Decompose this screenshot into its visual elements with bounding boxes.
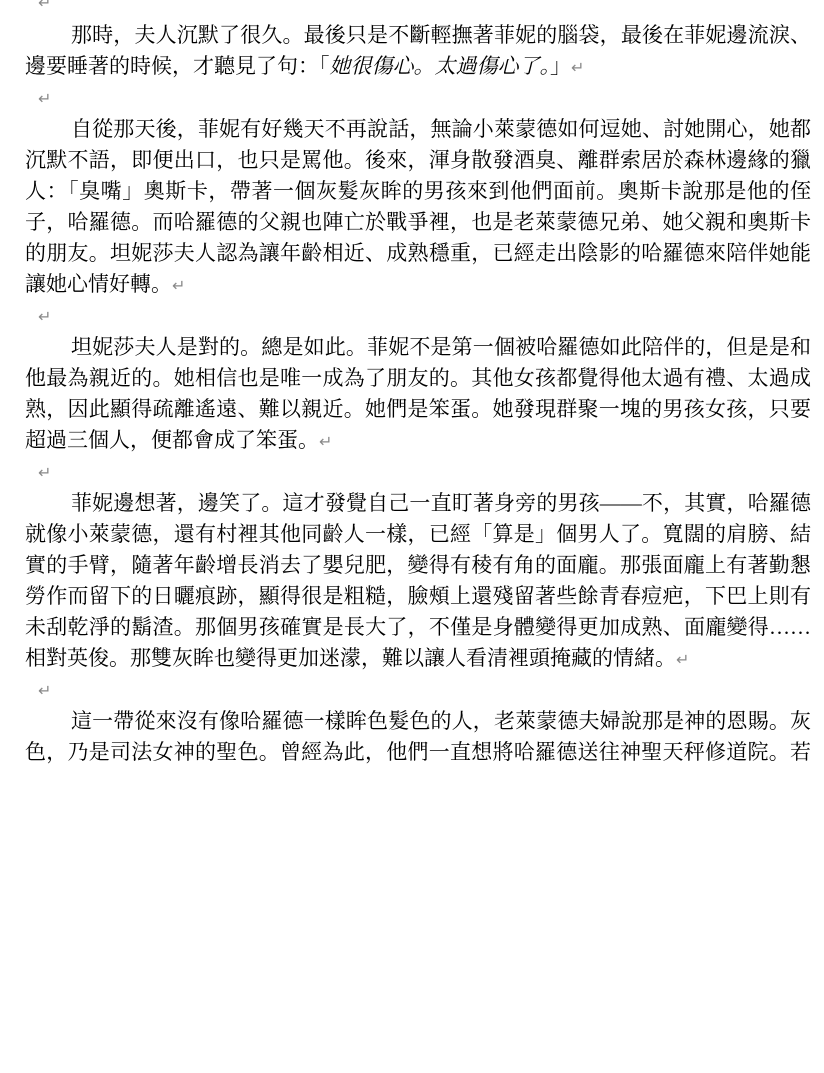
paragraph-mark-icon: ↵ bbox=[38, 89, 51, 108]
paragraph-mark-icon: ↵ bbox=[38, 681, 51, 700]
paragraph[interactable]: 自從那天後，菲妮有好幾天不再說話，無論小萊蒙德如何逗她、討她開心，她都沉默不語，… bbox=[25, 114, 811, 301]
paragraph-mark-icon: ↵ bbox=[172, 276, 185, 295]
document-page: ↵ 那時，夫人沉默了很久。最後只是不斷輕撫著菲妮的腦袋，最後在菲妮邊流淚、邊要睡… bbox=[0, 0, 824, 1073]
paragraph[interactable]: 坦妮莎夫人是對的。總是如此。菲妮不是第一個被哈羅德如此陪伴的，但是是和他最為親近… bbox=[25, 332, 811, 457]
paragraph[interactable]: 這一帶從來沒有像哈羅德一樣眸色髮色的人，老萊蒙德夫婦說那是神的恩賜。灰色，乃是司… bbox=[25, 706, 811, 768]
text-run: 菲妮邊想著，邊笑了。這才發覺自己一直盯著身旁的男孩——不，其實，哈羅德就像小萊蒙… bbox=[25, 491, 811, 670]
empty-paragraph[interactable]: ↵ bbox=[25, 675, 811, 706]
text-run: 」 bbox=[550, 54, 571, 78]
empty-paragraph[interactable]: ↵ bbox=[25, 301, 811, 332]
paragraph-mark-icon: ↵ bbox=[38, 463, 51, 482]
text-run: 自從那天後，菲妮有好幾天不再說話，無論小萊蒙德如何逗她、討她開心，她都沉默不語，… bbox=[25, 117, 811, 296]
empty-paragraph[interactable]: ↵ bbox=[25, 457, 811, 488]
text-run-italic: 她很傷心。太過傷心了。 bbox=[330, 54, 551, 78]
text-run: 坦妮莎夫人是對的。總是如此。菲妮不是第一個被哈羅德如此陪伴的，但是是和他最為親近… bbox=[25, 335, 811, 452]
document-text-area[interactable]: 那時，夫人沉默了很久。最後只是不斷輕撫著菲妮的腦袋，最後在菲妮邊流淚、邊要睡著的… bbox=[25, 20, 811, 768]
paragraph[interactable]: 菲妮邊想著，邊笑了。這才發覺自己一直盯著身旁的男孩——不，其實，哈羅德就像小萊蒙… bbox=[25, 488, 811, 675]
paragraph-mark-icon: ↵ bbox=[38, 307, 51, 326]
text-run: 這一帶從來沒有像哈羅德一樣眸色髮色的人，老萊蒙德夫婦說那是神的恩賜。灰色，乃是司… bbox=[25, 709, 811, 764]
paragraph-mark-icon: ↵ bbox=[571, 58, 584, 77]
paragraph-mark-icon: ↵ bbox=[319, 432, 332, 451]
paragraph[interactable]: 那時，夫人沉默了很久。最後只是不斷輕撫著菲妮的腦袋，最後在菲妮邊流淚、邊要睡著的… bbox=[25, 20, 811, 83]
empty-paragraph[interactable]: ↵ bbox=[25, 83, 811, 114]
paragraph-mark-icon: ↵ bbox=[38, 0, 51, 12]
paragraph-mark-icon: ↵ bbox=[676, 650, 689, 669]
